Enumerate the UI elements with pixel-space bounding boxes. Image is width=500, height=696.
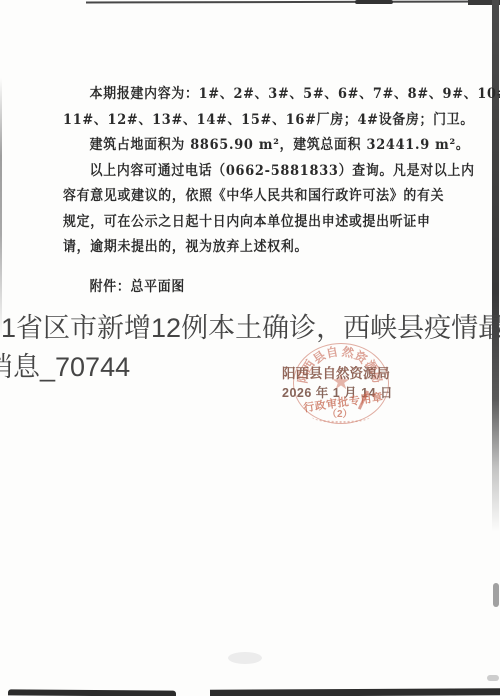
notice-line: 11#、12#、13#、14#、15#、16#厂房；4#设备房；门卫。 — [63, 108, 495, 134]
scan-edge-bottom-left — [8, 689, 176, 696]
scan-edge-bottom-right — [210, 688, 500, 696]
scan-edge-top-blob — [355, 0, 393, 4]
headline-line1: 31省区市新增12例本土确诊，西峡县疫情最新 — [0, 313, 500, 343]
notice-line: 以上内容可通过电话（0662-5881833）查询。凡是对以上内 — [63, 159, 495, 185]
scanned-document-page: 本期报建内容为：1#、2#、3#、5#、6#、7#、8#、9#、10#、 11#… — [0, 0, 500, 696]
stamp-serial-dots — [312, 411, 370, 423]
notice-line: 规定，可在公示之日起十日内向本单位提出申述或提出听证申 — [63, 210, 495, 236]
notice-text-block: 本期报建内容为：1#、2#、3#、5#、6#、7#、8#、9#、10#、 11#… — [63, 82, 495, 300]
headline-line2: 消息_70744 — [0, 352, 130, 382]
notice-line: 本期报建内容为：1#、2#、3#、5#、6#、7#、8#、9#、10#、 — [63, 82, 495, 108]
notice-line: 请，逾期未提出的，视为放弃上述权利。 — [63, 235, 495, 261]
stamp-number: （2） — [327, 405, 353, 420]
scan-edge-top-line — [86, 0, 500, 3]
notice-attachment-line: 附件：总平面图 — [63, 275, 495, 301]
notice-line: 建筑占地面积为 8865.90 m²，建筑总面积 32441.9 m²。 — [63, 133, 495, 159]
stamp-type-label: 行政审批专用章 — [302, 388, 384, 415]
scan-edge-left-line — [0, 78, 2, 338]
scan-smudge — [228, 652, 262, 664]
scan-edge-right-blob — [493, 583, 499, 607]
stamp-stroke-artifact — [358, 390, 369, 409]
overlay-headline: 31省区市新增12例本土确诊，西峡县疫情最新 消息_70744 — [0, 309, 500, 387]
scan-smudge-corner — [487, 675, 499, 681]
notice-line: 容有意见或建议的，依照《中华人民共和国行政许可法》的有关 — [63, 184, 495, 210]
